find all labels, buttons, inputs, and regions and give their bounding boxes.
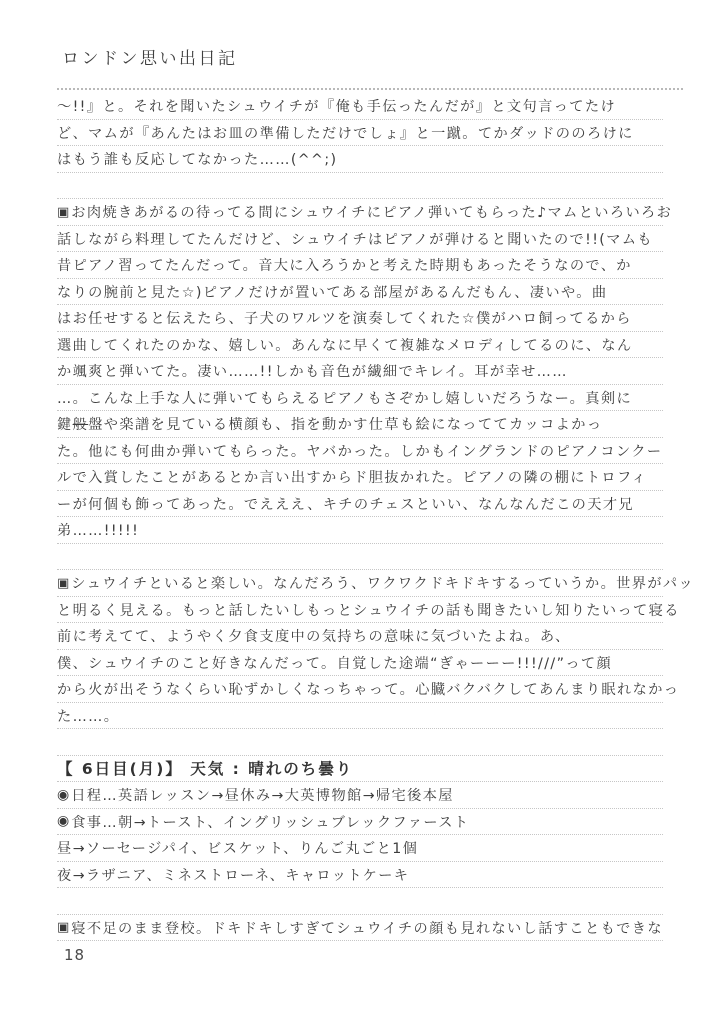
text-segment: 前に考えてて、ようやく夕食支度中の気持ちの意味に気づいたよね。あ、 xyxy=(57,629,571,645)
text-segment: 盤や楽譜を見ている横顔も、指を動かす仕草も絵になっててカッコよかっ xyxy=(88,417,602,433)
diary-line-text: 話しながら料理してたんだけど、シュウイチはピアノが弾けると聞いたので!!(マムも xyxy=(57,233,653,251)
circle-bullet-icon: ◉ xyxy=(57,787,69,808)
text-segment: た……。 xyxy=(57,709,119,725)
text-segment: か颯爽と弾いてた。凄い……!!しかも音色が繊細でキレイ。耳が幸せ…… xyxy=(57,364,568,380)
crossed-out-text: 般 xyxy=(73,417,89,433)
text-segment: と明るく見える。もっと話したいしもっとシュウイチの話も聞きたいし知りたいって寝る xyxy=(57,603,680,619)
diary-line-text: た……。 xyxy=(57,710,119,728)
text-segment: 寝不足のまま登校。ドキドキしすぎてシュウイチの顔も見れないし話すこともできな xyxy=(71,921,663,937)
diary-line-text: ～!!』と。それを聞いたシュウイチが『俺も手伝ったんだが』と文句言ってたけ xyxy=(57,100,616,118)
diary-line-text: 寝不足のまま登校。ドキドキしすぎてシュウイチの顔も見れないし話すこともできな xyxy=(71,922,663,940)
text-segment: ど、マムが『あんたはお皿の準備しただけでしょ』と一蹴。てかダッドののろけに xyxy=(57,126,634,142)
diary-line-text: ルで入賞したことがあるとか言い出すからド胆抜かれた。ピアノの隣の棚にトロフィ xyxy=(57,471,647,489)
diary-line-text: はもう誰も反応してなかった……(^^;) xyxy=(57,153,337,171)
diary-line: 夜→ラザニア、ミネストローネ、キャロットケーキ xyxy=(57,862,663,889)
ruled-blank-line xyxy=(57,544,663,571)
text-segment: ルで入賞したことがあるとか言い出すからド胆抜かれた。ピアノの隣の棚にトロフィ xyxy=(57,470,647,486)
diary-line: はお任せすると伝えたら、子犬のワルツを演奏してくれた☆僕がハロ飼ってるから xyxy=(57,305,663,332)
diary-line: ～!!』と。それを聞いたシュウイチが『俺も手伝ったんだが』と文句言ってたけ xyxy=(57,93,663,120)
diary-line-text: か颯爽と弾いてた。凄い……!!しかも音色が繊細でキレイ。耳が幸せ…… xyxy=(57,365,568,383)
diary-line-text: 【 6日目(月)】 天気 : 晴れのち曇り xyxy=(57,762,353,782)
diary-line-text: 僕、シュウイチのこと好きなんだって。自覚した途端“ぎゃーーー!!!///”って顔 xyxy=(57,657,612,675)
diary-line: …。こんな上手な人に弾いてもらえるピアノもさぞかし嬉しいだろうなー。真剣に xyxy=(57,385,663,412)
diary-line-text: 前に考えてて、ようやく夕食支度中の気持ちの意味に気づいたよね。あ、 xyxy=(57,630,571,648)
text-segment: 鍵 xyxy=(57,417,73,433)
text-segment: 食事…朝→トースト、イングリッシュブレックファースト xyxy=(71,815,469,831)
text-segment: ～!!』と。それを聞いたシュウイチが『俺も手伝ったんだが』と文句言ってたけ xyxy=(57,99,616,115)
diary-line: 弟……!!!!! xyxy=(57,517,663,544)
diary-line-text: 食事…朝→トースト、イングリッシュブレックファースト xyxy=(71,816,469,834)
diary-line: た……。 xyxy=(57,703,663,730)
text-segment: ーが何個も飾ってあった。でえええ、キチのチェスといい、なんなんだこの天才兄 xyxy=(57,497,634,513)
diary-content: ～!!』と。それを聞いたシュウイチが『俺も手伝ったんだが』と文句言ってたけど、マ… xyxy=(57,93,663,941)
text-segment: はもう誰も反応してなかった……(^^;) xyxy=(57,152,337,168)
diary-line: と明るく見える。もっと話したいしもっとシュウイチの話も聞きたいし知りたいって寝る xyxy=(57,597,663,624)
diary-line: 前に考えてて、ようやく夕食支度中の気持ちの意味に気づいたよね。あ、 xyxy=(57,623,663,650)
diary-line-text: なりの腕前と見た☆)ピアノだけが置いてある部屋があるんだもん、凄いや。曲 xyxy=(57,286,607,304)
text-segment: 昼→ソーセージパイ、ビスケット、りんご丸ごと1個 xyxy=(57,841,418,857)
ruled-blank-line xyxy=(57,888,663,915)
text-segment: から火が出そうなくらい恥ずかしくなっちゃって。心臓バクバクしてあんまり眠れなかっ xyxy=(57,682,679,698)
diary-line: ▣シュウイチといると楽しい。なんだろう、ワクワクドキドキするっていうか。世界がパ… xyxy=(57,570,663,597)
text-segment: お肉焼きあがるの待ってる間にシュウイチにピアノ弾いてもらった♪マムといろいろお xyxy=(71,205,672,221)
diary-line-text: 昔ピアノ習ってたんだって。音大に入ろうかと考えた時期もあったそうなので、か xyxy=(57,259,632,277)
diary-line: ▣お肉焼きあがるの待ってる間にシュウイチにピアノ弾いてもらった♪マムといろいろお xyxy=(57,199,663,226)
diary-line-text: 夜→ラザニア、ミネストローネ、キャロットケーキ xyxy=(57,869,409,887)
square-bullet-icon: ▣ xyxy=(57,576,69,596)
diary-line: 昼→ソーセージパイ、ビスケット、りんご丸ごと1個 xyxy=(57,835,663,862)
square-bullet-icon: ▣ xyxy=(57,205,69,225)
diary-line: から火が出そうなくらい恥ずかしくなっちゃって。心臓バクバクしてあんまり眠れなかっ xyxy=(57,676,663,703)
diary-line-text: はお任せすると伝えたら、子犬のワルツを演奏してくれた☆僕がハロ飼ってるから xyxy=(57,312,632,330)
square-bullet-icon: ▣ xyxy=(57,920,69,940)
diary-line: ど、マムが『あんたはお皿の準備しただけでしょ』と一蹴。てかダッドののろけに xyxy=(57,120,663,147)
diary-line: 鍵般盤や楽譜を見ている横顔も、指を動かす仕草も絵になっててカッコよかっ xyxy=(57,411,663,438)
title-divider xyxy=(57,88,683,90)
diary-line: 選曲してくれたのかな、嬉しい。あんなに早くて複雑なメロディしてるのに、なん xyxy=(57,332,663,359)
diary-page: ロンドン思い出日記 ～!!』と。それを聞いたシュウイチが『俺も手伝ったんだが』と… xyxy=(0,0,722,1024)
diary-line: 昔ピアノ習ってたんだって。音大に入ろうかと考えた時期もあったそうなので、か xyxy=(57,252,663,279)
text-segment: 【 6日目(月)】 天気 : 晴れのち曇り xyxy=(57,760,353,778)
text-segment: 話しながら料理してたんだけど、シュウイチはピアノが弾けると聞いたので!!(マムも xyxy=(57,232,653,248)
diary-line: ▣寝不足のまま登校。ドキドキしすぎてシュウイチの顔も見れないし話すこともできな xyxy=(57,915,663,942)
diary-line-text: 昼→ソーセージパイ、ビスケット、りんご丸ごと1個 xyxy=(57,842,418,860)
text-segment: た。他にも何曲か弾いてもらった。ヤバかった。しかもイングランドのピアノコンクー xyxy=(57,444,663,460)
diary-line-text: 日程…英語レッスン→昼休み→大英博物館→帰宅後本屋 xyxy=(71,789,454,807)
circle-bullet-icon: ◉ xyxy=(57,813,69,834)
diary-line: か颯爽と弾いてた。凄い……!!しかも音色が繊細でキレイ。耳が幸せ…… xyxy=(57,358,663,385)
text-segment: 夜→ラザニア、ミネストローネ、キャロットケーキ xyxy=(57,868,409,884)
diary-line-text: から火が出そうなくらい恥ずかしくなっちゃって。心臓バクバクしてあんまり眠れなかっ xyxy=(57,683,679,701)
diary-line: た。他にも何曲か弾いてもらった。ヤバかった。しかもイングランドのピアノコンクー xyxy=(57,438,663,465)
diary-line: 僕、シュウイチのこと好きなんだって。自覚した途端“ぎゃーーー!!!///”って顔 xyxy=(57,650,663,677)
diary-line-text: ーが何個も飾ってあった。でえええ、キチのチェスといい、なんなんだこの天才兄 xyxy=(57,498,634,516)
text-segment: 昔ピアノ習ってたんだって。音大に入ろうかと考えた時期もあったそうなので、か xyxy=(57,258,632,274)
text-segment: 僕、シュウイチのこと好きなんだって。自覚した途端“ぎゃーーー!!!///”って顔 xyxy=(57,656,612,672)
diary-line: ◉日程…英語レッスン→昼休み→大英博物館→帰宅後本屋 xyxy=(57,782,663,809)
diary-line-text: ど、マムが『あんたはお皿の準備しただけでしょ』と一蹴。てかダッドののろけに xyxy=(57,127,634,145)
text-segment: シュウイチといると楽しい。なんだろう、ワクワクドキドキするっていうか。世界がパッ xyxy=(71,576,694,592)
diary-line: なりの腕前と見た☆)ピアノだけが置いてある部屋があるんだもん、凄いや。曲 xyxy=(57,279,663,306)
diary-line-text: 鍵般盤や楽譜を見ている横顔も、指を動かす仕草も絵になっててカッコよかっ xyxy=(57,418,602,436)
ruled-blank-line xyxy=(57,729,663,756)
diary-line-text: と明るく見える。もっと話したいしもっとシュウイチの話も聞きたいし知りたいって寝る xyxy=(57,604,680,622)
diary-line: ーが何個も飾ってあった。でえええ、キチのチェスといい、なんなんだこの天才兄 xyxy=(57,491,663,518)
page-number: 18 xyxy=(64,946,85,964)
diary-line: はもう誰も反応してなかった……(^^;) xyxy=(57,146,663,173)
text-segment: 選曲してくれたのかな、嬉しい。あんなに早くて複雑なメロディしてるのに、なん xyxy=(57,338,633,354)
diary-line-text: …。こんな上手な人に弾いてもらえるピアノもさぞかし嬉しいだろうなー。真剣に xyxy=(57,392,632,410)
text-segment: なりの腕前と見た☆)ピアノだけが置いてある部屋があるんだもん、凄いや。曲 xyxy=(57,285,607,301)
diary-line-text: 選曲してくれたのかな、嬉しい。あんなに早くて複雑なメロディしてるのに、なん xyxy=(57,339,633,357)
diary-line-text: お肉焼きあがるの待ってる間にシュウイチにピアノ弾いてもらった♪マムといろいろお xyxy=(71,206,672,224)
ruled-blank-line xyxy=(57,173,663,200)
diary-line: 話しながら料理してたんだけど、シュウイチはピアノが弾けると聞いたので!!(マムも xyxy=(57,226,663,253)
diary-line-text: シュウイチといると楽しい。なんだろう、ワクワクドキドキするっていうか。世界がパッ xyxy=(71,577,694,595)
page-title: ロンドン思い出日記 xyxy=(62,44,238,69)
text-segment: 弟……!!!!! xyxy=(57,523,139,539)
diary-line-text: た。他にも何曲か弾いてもらった。ヤバかった。しかもイングランドのピアノコンクー xyxy=(57,445,663,463)
text-segment: …。こんな上手な人に弾いてもらえるピアノもさぞかし嬉しいだろうなー。真剣に xyxy=(57,391,632,407)
text-segment: はお任せすると伝えたら、子犬のワルツを演奏してくれた☆僕がハロ飼ってるから xyxy=(57,311,632,327)
diary-line-text: 弟……!!!!! xyxy=(57,524,139,542)
diary-line: 【 6日目(月)】 天気 : 晴れのち曇り xyxy=(57,756,663,783)
text-segment: 日程…英語レッスン→昼休み→大英博物館→帰宅後本屋 xyxy=(71,788,454,804)
diary-line: ◉食事…朝→トースト、イングリッシュブレックファースト xyxy=(57,809,663,836)
diary-line: ルで入賞したことがあるとか言い出すからド胆抜かれた。ピアノの隣の棚にトロフィ xyxy=(57,464,663,491)
